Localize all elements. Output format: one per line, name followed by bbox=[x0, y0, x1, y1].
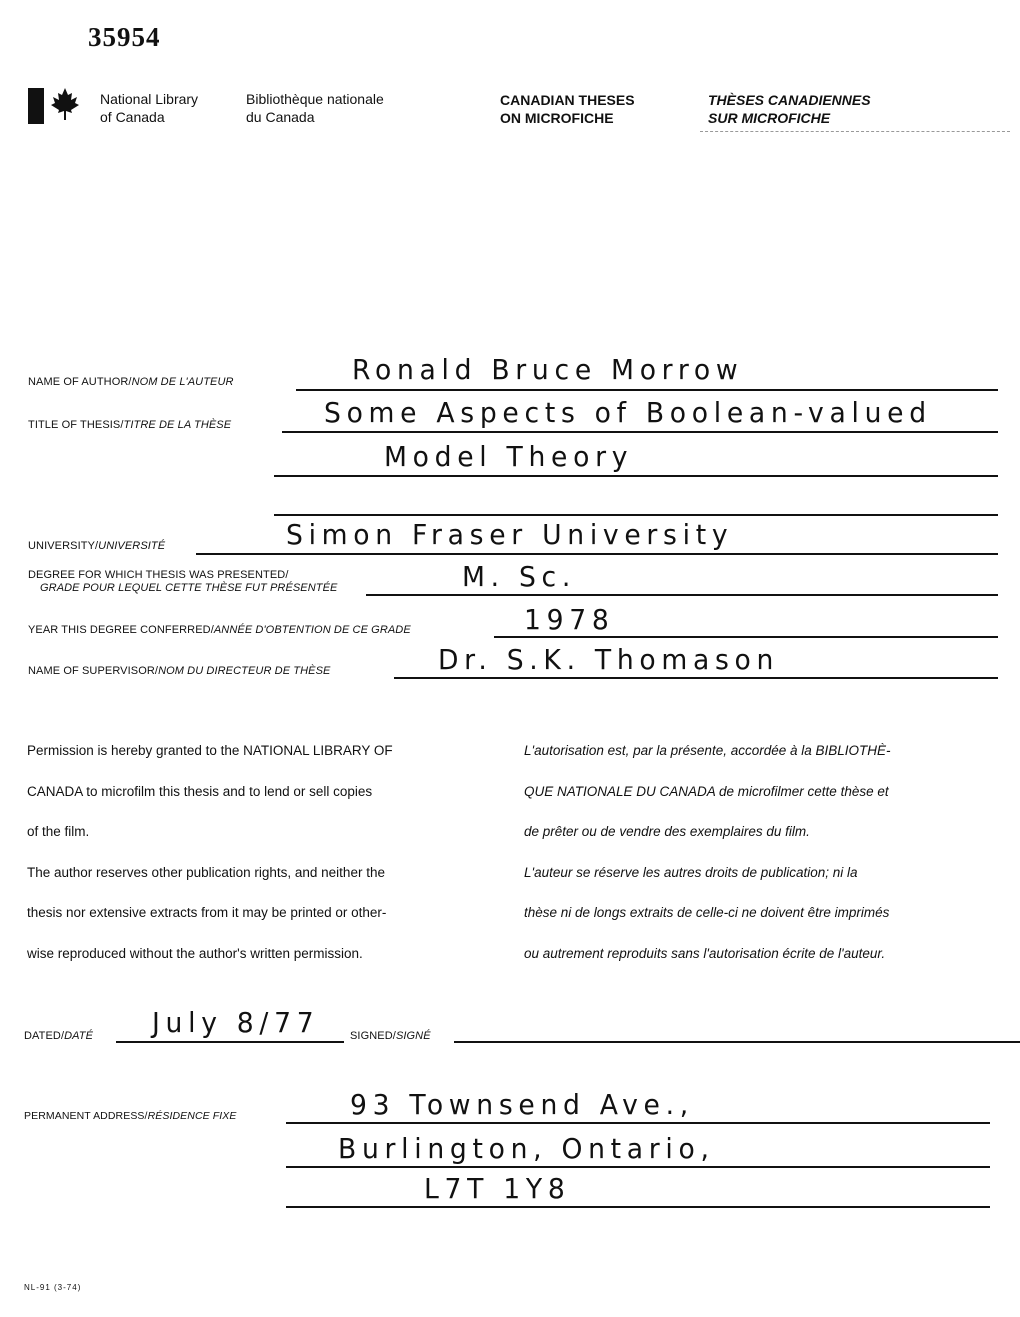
title-field-line1[interactable] bbox=[282, 431, 998, 433]
header-divider bbox=[700, 131, 1010, 132]
permission-line: thesis nor extensive extracts from it ma… bbox=[27, 893, 497, 934]
permission-en: Permission is hereby granted to the NATI… bbox=[27, 731, 497, 974]
university-label: UNIVERSITY/UNIVERSITÉ bbox=[28, 540, 165, 552]
title-field-line3[interactable] bbox=[274, 514, 998, 516]
address-field-line1[interactable] bbox=[286, 1122, 990, 1124]
address-value-line2: Burlington, Ontario, bbox=[338, 1132, 715, 1165]
permission-line: The author reserves other publication ri… bbox=[27, 853, 497, 894]
permission-line: CANADA to microfilm this thesis and to l… bbox=[27, 772, 497, 813]
degree-value: M. Sc. bbox=[462, 560, 576, 593]
permission-line: ou autrement reproduits sans l'autorisat… bbox=[524, 934, 999, 975]
year-value: 1978 bbox=[524, 603, 615, 636]
permission-line: QUE NATIONALE DU CANADA de microfilmer c… bbox=[524, 772, 999, 813]
year-field[interactable] bbox=[494, 636, 998, 638]
author-field[interactable] bbox=[296, 389, 998, 391]
permission-line: L'autorisation est, par la présente, acc… bbox=[524, 731, 999, 772]
address-value-line3: L7T 1Y8 bbox=[424, 1172, 570, 1205]
dated-field[interactable] bbox=[116, 1041, 344, 1043]
permission-line: of the film. bbox=[27, 812, 497, 853]
permission-line: thèse ni de longs extraits de celle-ci n… bbox=[524, 893, 999, 934]
form-code: NL-91 (3-74) bbox=[24, 1283, 81, 1292]
program-fr: THÈSES CANADIENNES SUR MICROFICHE bbox=[708, 91, 871, 127]
program-en: CANADIAN THESES ON MICROFICHE bbox=[500, 91, 635, 127]
dated-value: July 8/77 bbox=[152, 1006, 319, 1039]
org-en-line2: of Canada bbox=[100, 108, 198, 126]
supervisor-field[interactable] bbox=[394, 677, 998, 679]
author-label: NAME OF AUTHOR/NOM DE L'AUTEUR bbox=[28, 376, 234, 388]
flag-bar-icon bbox=[28, 88, 44, 124]
org-fr-line2: du Canada bbox=[246, 108, 384, 126]
supervisor-value: Dr. S.K. Thomason bbox=[438, 643, 779, 676]
program-en-line1: CANADIAN THESES bbox=[500, 91, 635, 109]
title-label: TITLE OF THESIS/TITRE DE LA THÈSE bbox=[28, 419, 231, 431]
org-en-line1: National Library bbox=[100, 90, 198, 108]
address-label: PERMANENT ADDRESS/RÉSIDENCE FIXE bbox=[24, 1110, 236, 1122]
signed-field[interactable] bbox=[454, 1041, 1020, 1043]
university-value: Simon Fraser University bbox=[286, 518, 733, 551]
org-fr: Bibliothèque nationale du Canada bbox=[246, 90, 384, 126]
permission-line: de prêter ou de vendre des exemplaires d… bbox=[524, 812, 999, 853]
permission-line: wise reproduced without the author's wri… bbox=[27, 934, 497, 975]
address-field-line2[interactable] bbox=[286, 1166, 990, 1168]
supervisor-label: NAME OF SUPERVISOR/NOM DU DIRECTEUR DE T… bbox=[28, 665, 330, 677]
title-value-line1: Some Aspects of Boolean-valued bbox=[324, 396, 932, 429]
title-field-line2[interactable] bbox=[274, 475, 998, 477]
dated-label: DATED/DATÉ bbox=[24, 1030, 93, 1042]
program-en-line2: ON MICROFICHE bbox=[500, 109, 635, 127]
title-value-line2: Model Theory bbox=[384, 440, 633, 473]
permission-line: L'auteur se réserve les autres droits de… bbox=[524, 853, 999, 894]
address-field-line3[interactable] bbox=[286, 1206, 990, 1208]
form-number: 35954 bbox=[88, 22, 161, 53]
address-value-line1: 93 Townsend Ave., bbox=[350, 1088, 694, 1121]
org-fr-line1: Bibliothèque nationale bbox=[246, 90, 384, 108]
year-label: YEAR THIS DEGREE CONFERRED/ANNÉE D'OBTEN… bbox=[28, 624, 411, 636]
program-fr-line1: THÈSES CANADIENNES bbox=[708, 91, 871, 109]
signed-label: SIGNED/SIGNÉ bbox=[350, 1030, 431, 1042]
org-en: National Library of Canada bbox=[100, 90, 198, 126]
permission-line: Permission is hereby granted to the NATI… bbox=[27, 731, 497, 772]
author-value: Ronald Bruce Morrow bbox=[352, 353, 743, 386]
maple-leaf-icon bbox=[50, 86, 80, 122]
degree-label: DEGREE FOR WHICH THESIS WAS PRESENTED/ G… bbox=[28, 569, 338, 595]
permission-fr: L'autorisation est, par la présente, acc… bbox=[524, 731, 999, 974]
program-fr-line2: SUR MICROFICHE bbox=[708, 109, 871, 127]
university-field[interactable] bbox=[196, 553, 998, 555]
degree-field[interactable] bbox=[366, 594, 998, 596]
